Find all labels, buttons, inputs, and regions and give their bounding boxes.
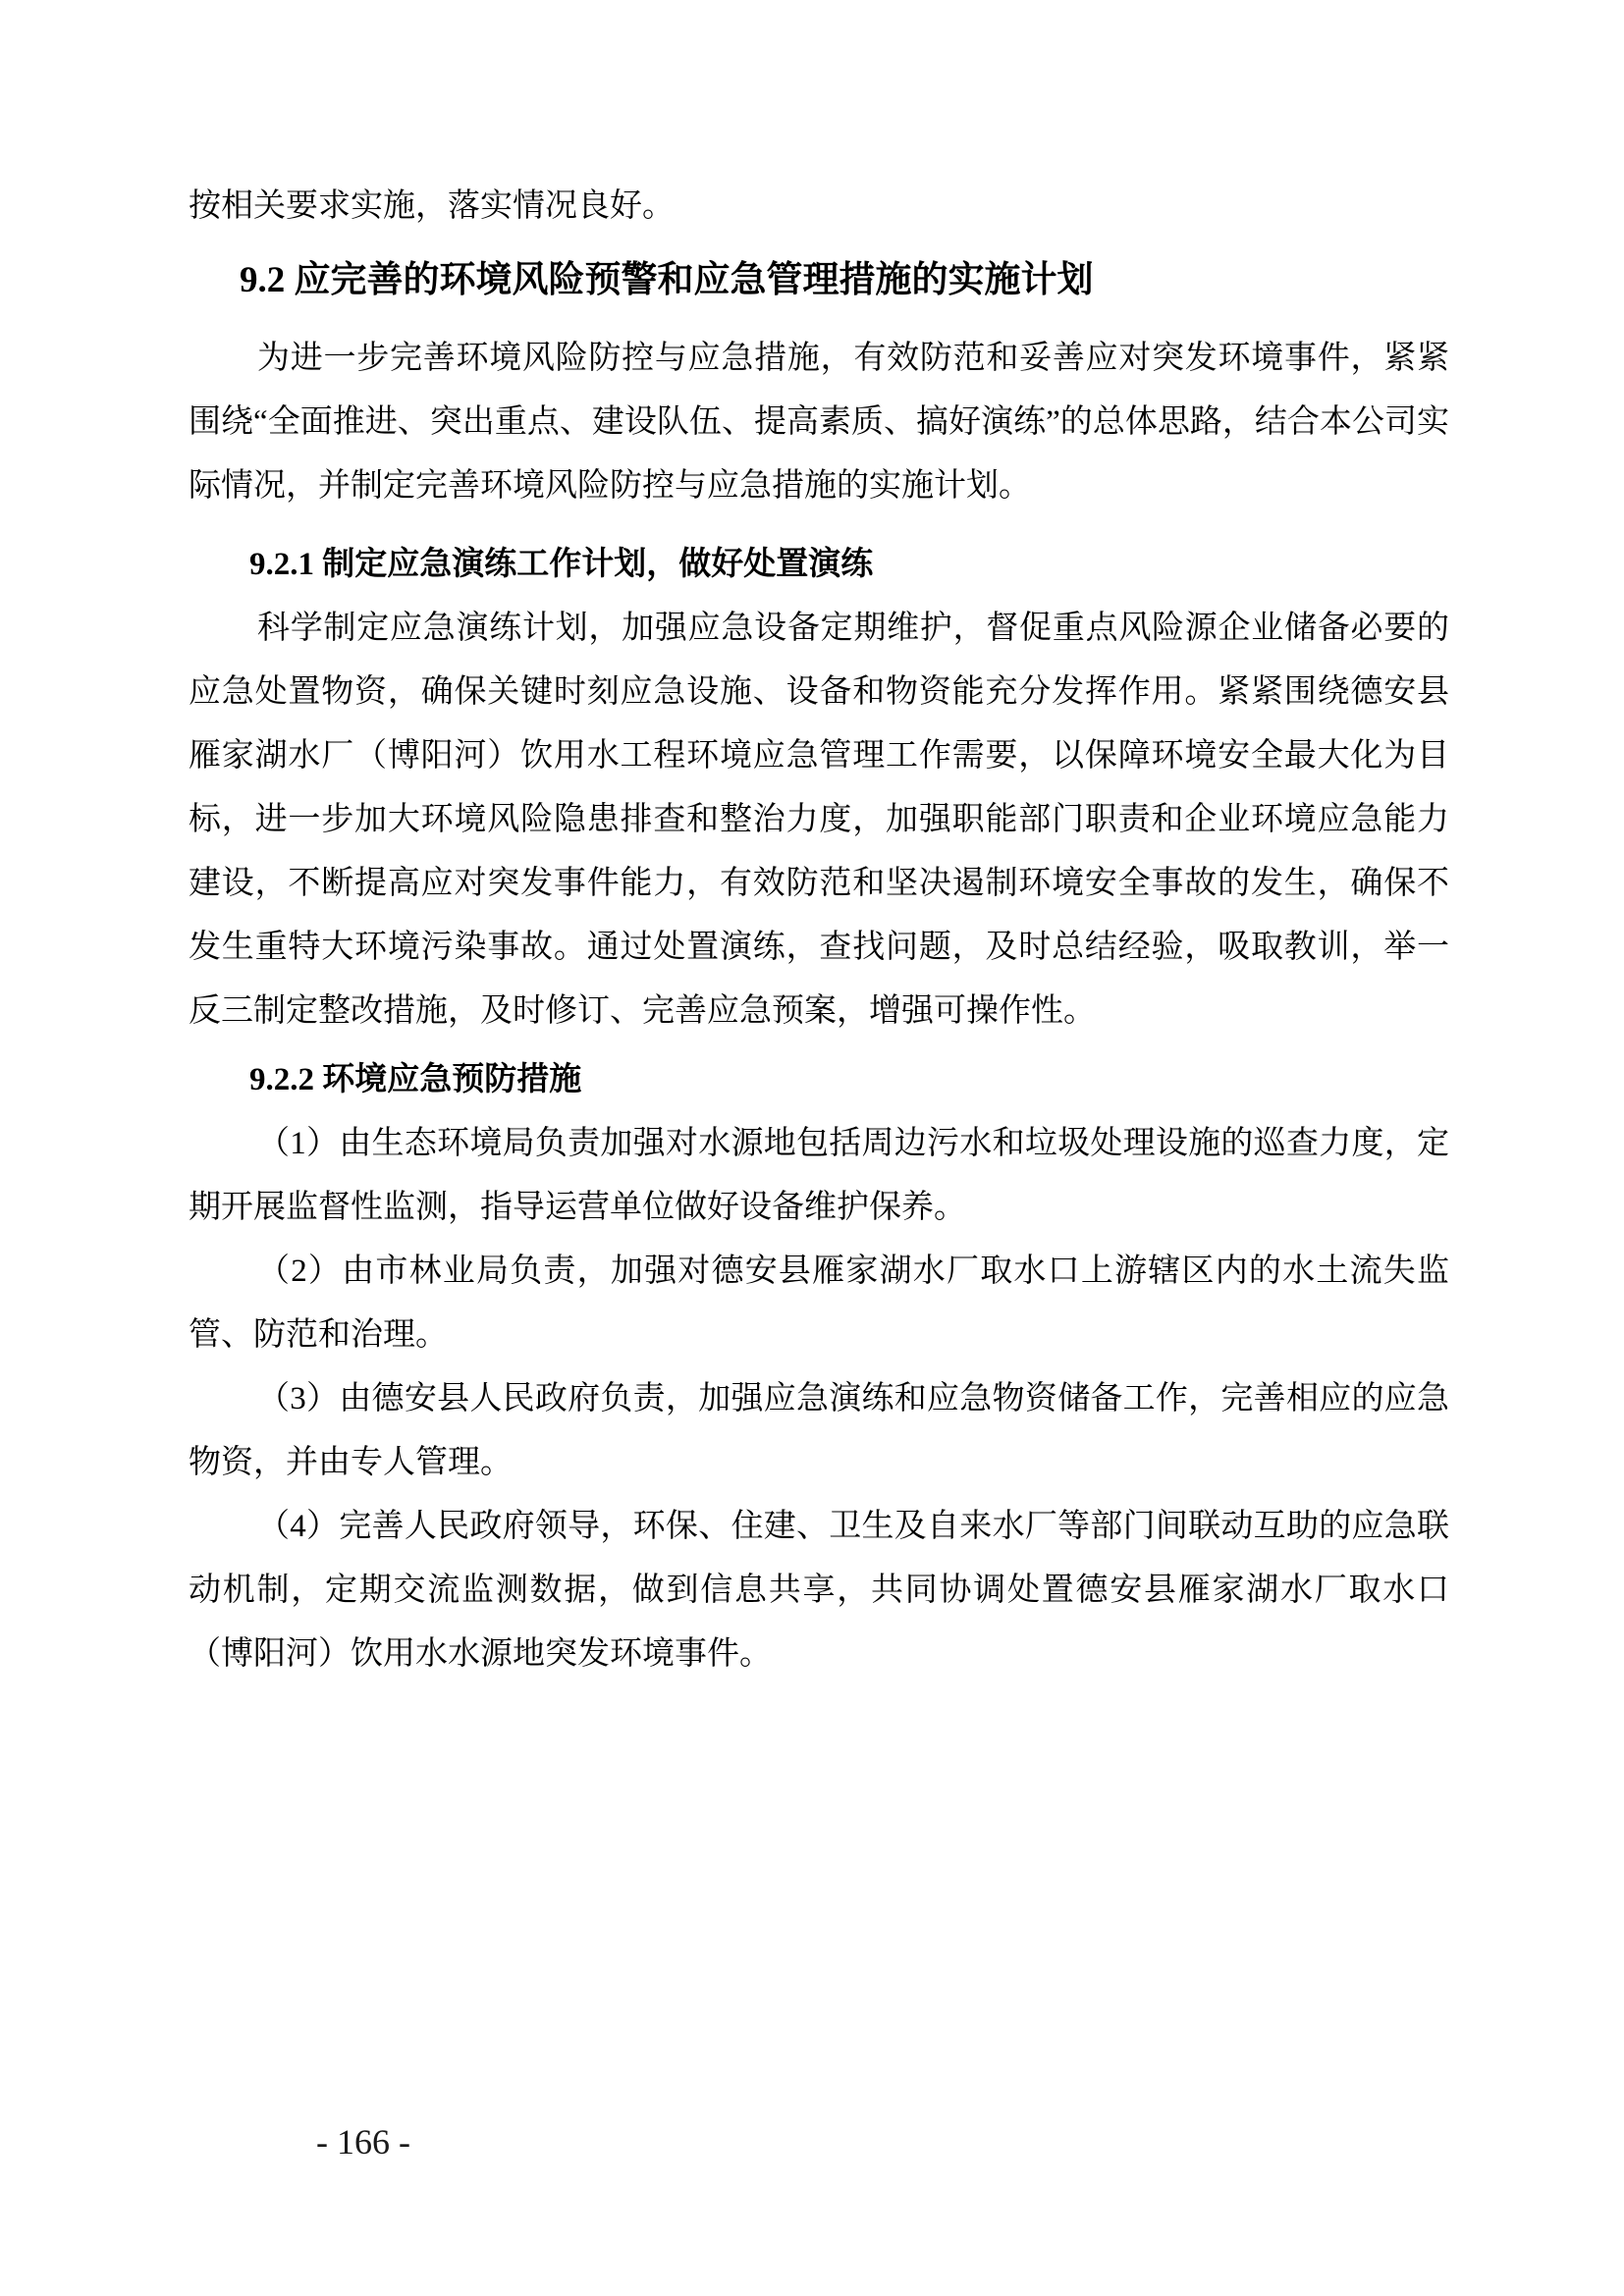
section-heading-9-2: 9.2 应完善的环境风险预警和应急管理措施的实施计划 <box>189 243 1449 317</box>
carryover-paragraph-line: 按相关要求实施，落实情况良好。 <box>189 175 1449 239</box>
page-content: 按相关要求实施，落实情况良好。 9.2 应完善的环境风险预警和应急管理措施的实施… <box>0 0 1624 1686</box>
subsection-heading-9-2-1: 9.2.1 制定应急演练工作计划，做好处置演练 <box>189 533 1449 597</box>
section-intro-paragraph: 为进一步完善环境风险防控与应急措施，有效防范和妥善应对突发环境事件，紧紧围绕“全… <box>189 327 1449 518</box>
subsection-heading-9-2-2: 9.2.2 环境应急预防措施 <box>189 1048 1449 1112</box>
subsection-9-2-1-paragraph: 科学制定应急演练计划，加强应急设备定期维护，督促重点风险源企业储备必要的应急处置… <box>189 597 1449 1043</box>
measure-item-2: （2）由市林业局负责，加强对德安县雁家湖水厂取水口上游辖区内的水土流失监管、防范… <box>189 1240 1449 1367</box>
document-page: 按相关要求实施，落实情况良好。 9.2 应完善的环境风险预警和应急管理措施的实施… <box>0 0 1624 2296</box>
measure-item-3: （3）由德安县人民政府负责，加强应急演练和应急物资储备工作，完善相应的应急物资，… <box>189 1367 1449 1495</box>
page-number: - 166 - <box>316 2112 410 2171</box>
measure-item-1: （1）由生态环境局负责加强对水源地包括周边污水和垃圾处理设施的巡查力度，定期开展… <box>189 1112 1449 1240</box>
measure-item-4: （4）完善人民政府领导，环保、住建、卫生及自来水厂等部门间联动互助的应急联动机制… <box>189 1495 1449 1686</box>
